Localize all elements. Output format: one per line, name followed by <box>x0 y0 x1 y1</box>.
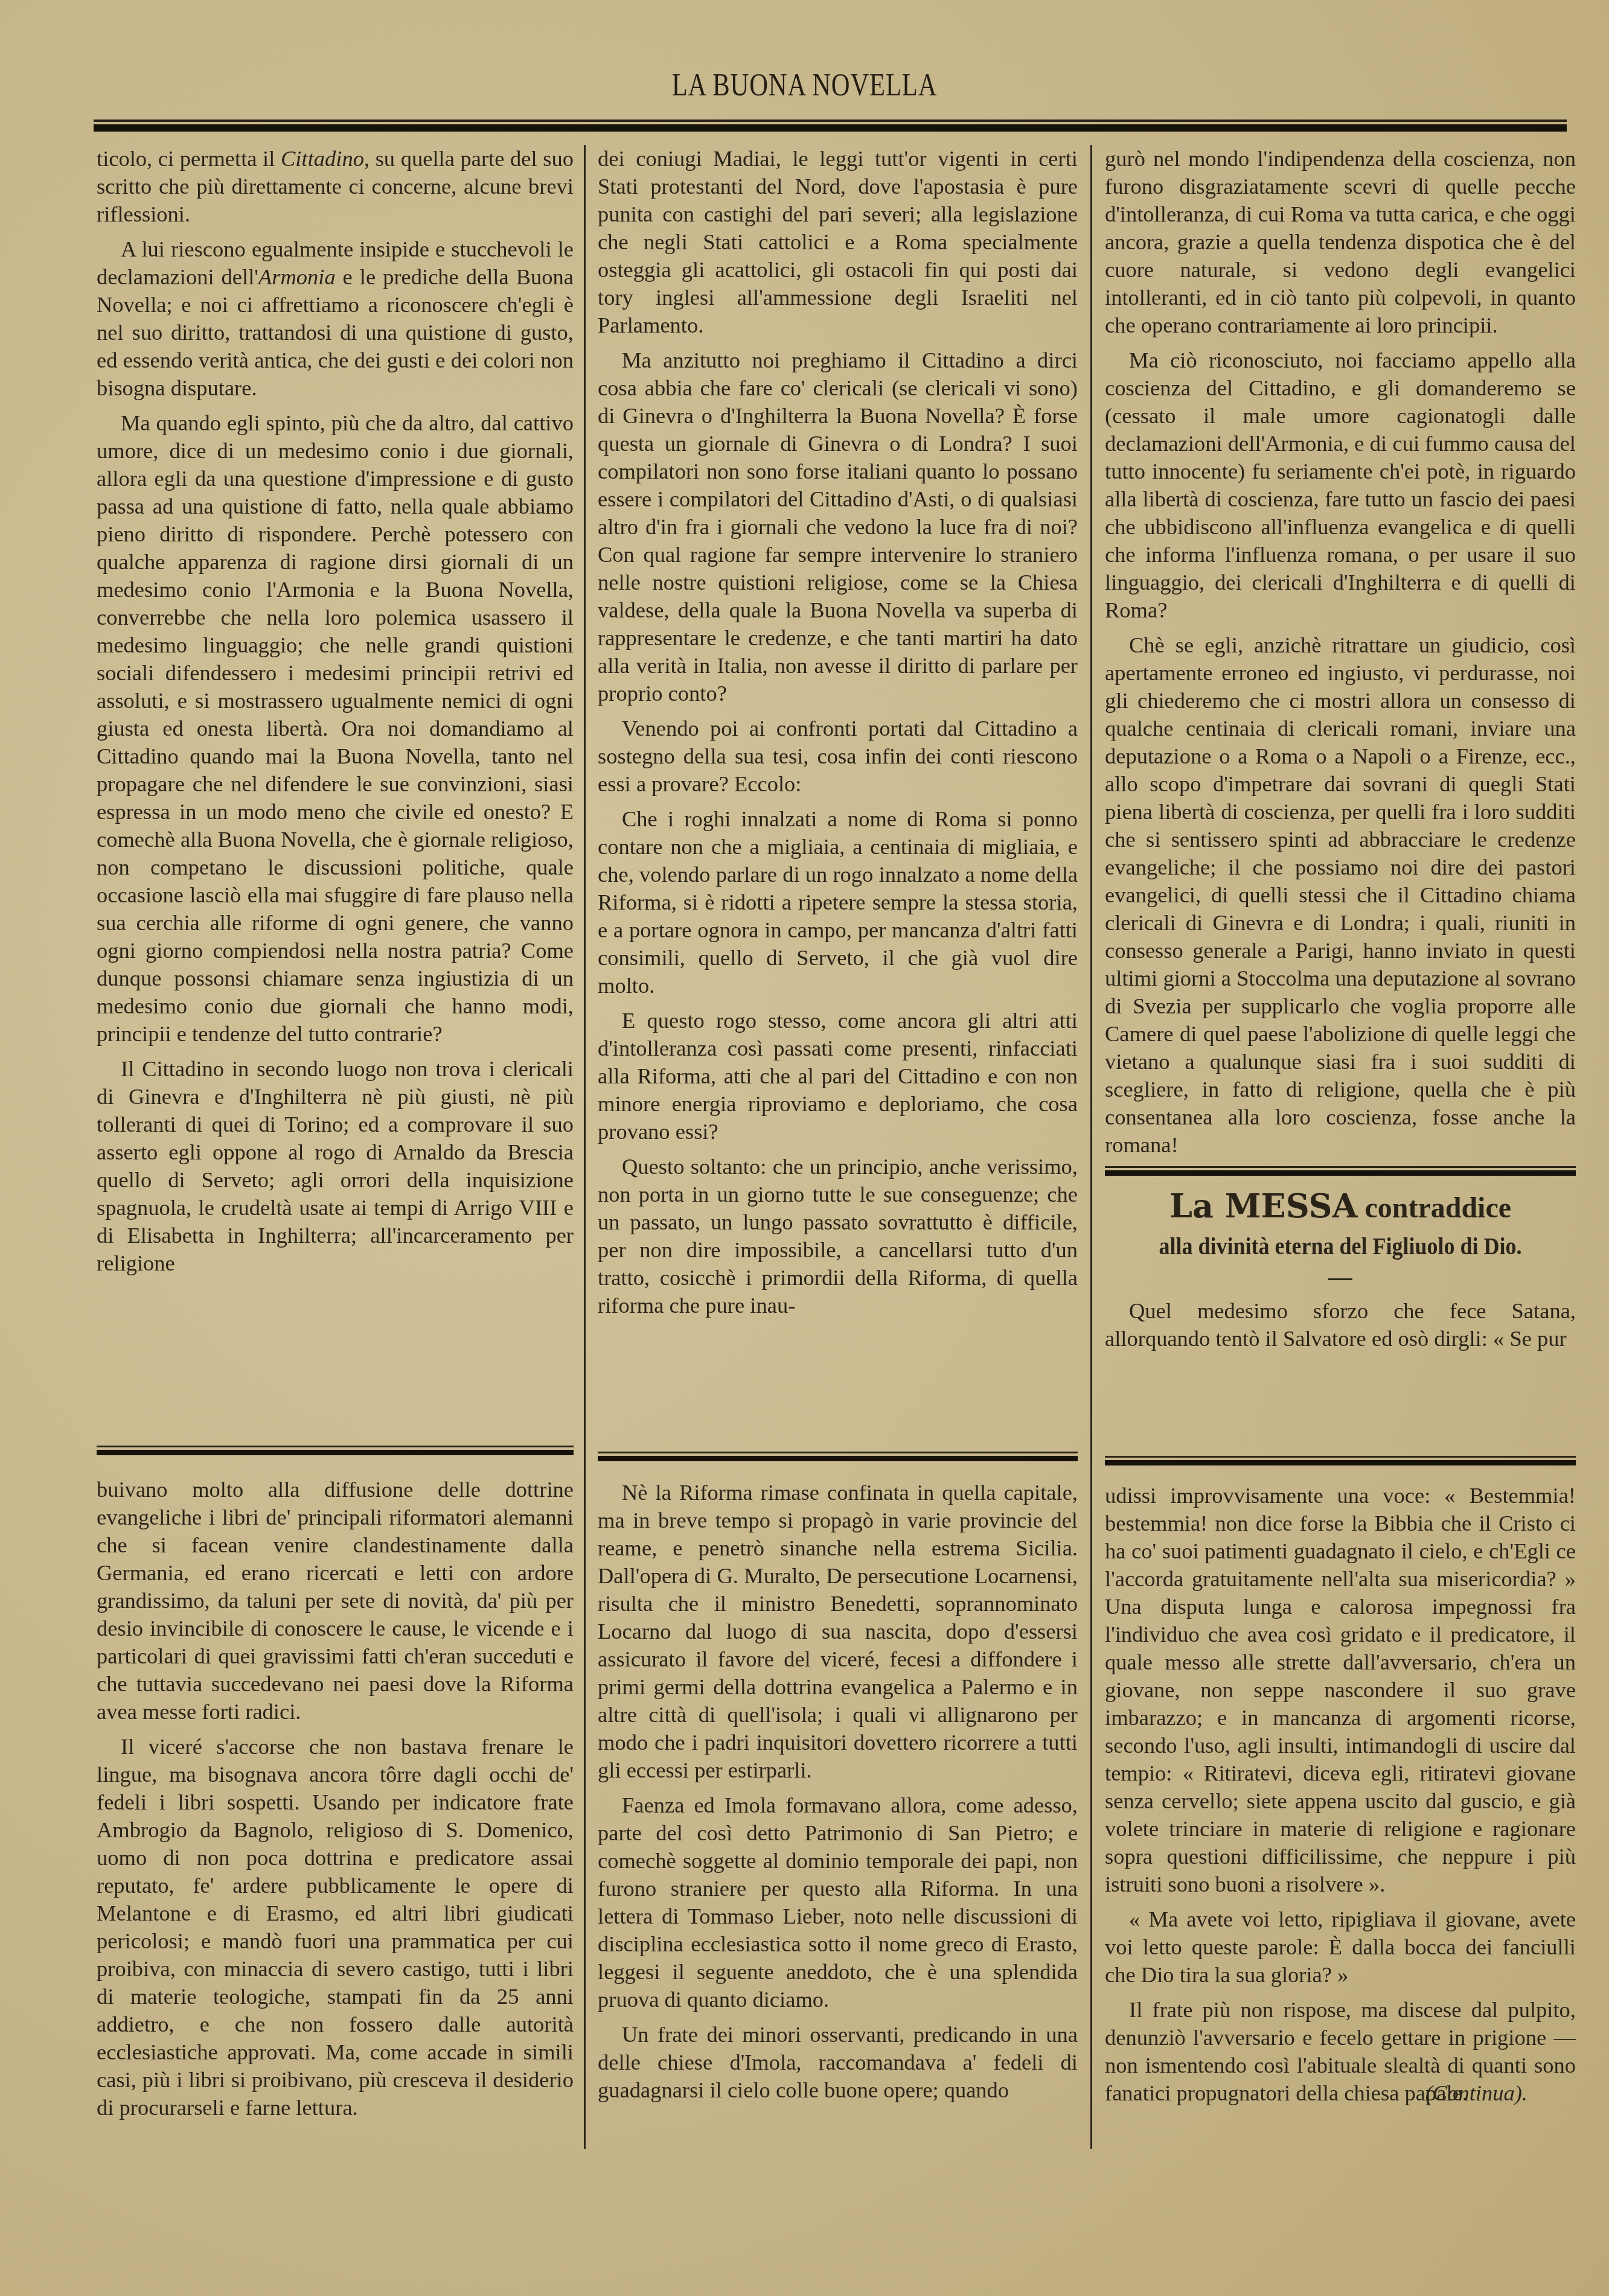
paragraph: Il viceré s'accorse che non bastava fren… <box>97 1733 574 2122</box>
paragraph: E questo rogo stesso, come ancora gli al… <box>598 1007 1078 1146</box>
lower-column-3: udissi improvvisamente una voce: « Beste… <box>1105 1482 1576 2107</box>
fold-rule-2 <box>598 1452 1078 1461</box>
paragraph: Faenza ed Imola formavano allora, come a… <box>598 1791 1078 2014</box>
title-dash <box>1328 1278 1352 1280</box>
column-divider <box>1090 145 1092 2149</box>
article-subtitle: alla divinità eterna del Figliuolo di Di… <box>1128 1230 1552 1263</box>
paragraph: ticolo, ci permetta il Cittadino, su que… <box>97 145 574 228</box>
upper-column-2: dei coniugi Madiai, le leggi tutt'or vig… <box>598 145 1078 1327</box>
paragraph: Ma ciò riconosciuto, noi facciamo appell… <box>1105 346 1576 624</box>
upper-column-3-body: gurò nel mondo l'indipendenza della cosc… <box>1105 145 1576 1159</box>
column-divider <box>584 145 586 2149</box>
paragraph: Ma anzitutto noi preghiamo il Cittadino … <box>598 346 1078 707</box>
lower-column-3-body: udissi improvvisamente una voce: « Beste… <box>1105 1482 1576 2107</box>
paragraph: Nè la Riforma rimase confinata in quella… <box>598 1479 1078 1784</box>
paragraph: « Ma avete voi letto, ripigliava il giov… <box>1105 1905 1576 1989</box>
article-title: La MESSA contraddice <box>1105 1188 1576 1226</box>
section-rule <box>1105 1166 1576 1176</box>
paragraph: Venendo poi ai confronti portati dal Cit… <box>598 715 1078 798</box>
paragraph: gurò nel mondo l'indipendenza della cosc… <box>1105 145 1576 339</box>
paragraph: buivano molto alla diffusione delle dott… <box>97 1476 574 1726</box>
lower-column-2: Nè la Riforma rimase confinata in quella… <box>598 1479 1078 2111</box>
paragraph: Questo soltanto: che un principio, anche… <box>598 1153 1078 1319</box>
masthead-rule <box>94 120 1567 132</box>
paragraph: Che i roghi innalzati a nome di Roma si … <box>598 805 1078 1000</box>
fold-rule-3 <box>1105 1456 1576 1465</box>
paragraph: udissi improvvisamente una voce: « Beste… <box>1105 1482 1576 1898</box>
article-intro: Quel medesimo sforzo che fece Satana, al… <box>1105 1297 1576 1353</box>
paragraph: dei coniugi Madiai, le leggi tutt'or vig… <box>598 145 1078 339</box>
masthead-title: LA BUONA NOVELLA <box>145 68 1464 103</box>
paragraph: Ma quando egli spinto, più che da altro,… <box>97 409 574 1048</box>
paragraph: Un frate dei minori osservanti, predican… <box>598 2021 1078 2104</box>
paragraph: Il Cittadino in secondo luogo non trova … <box>97 1055 574 1277</box>
paragraph: A lui riescono egualmente insipide e stu… <box>97 235 574 402</box>
upper-column-1: ticolo, ci permetta il Cittadino, su que… <box>97 145 574 1284</box>
paragraph: Chè se egli, anzichè ritrattare un giudi… <box>1105 631 1576 1159</box>
fold-rule-1 <box>97 1446 574 1455</box>
lower-column-1: buivano molto alla diffusione delle dott… <box>97 1476 574 2129</box>
upper-column-3: gurò nel mondo l'indipendenza della cosc… <box>1105 145 1576 1353</box>
